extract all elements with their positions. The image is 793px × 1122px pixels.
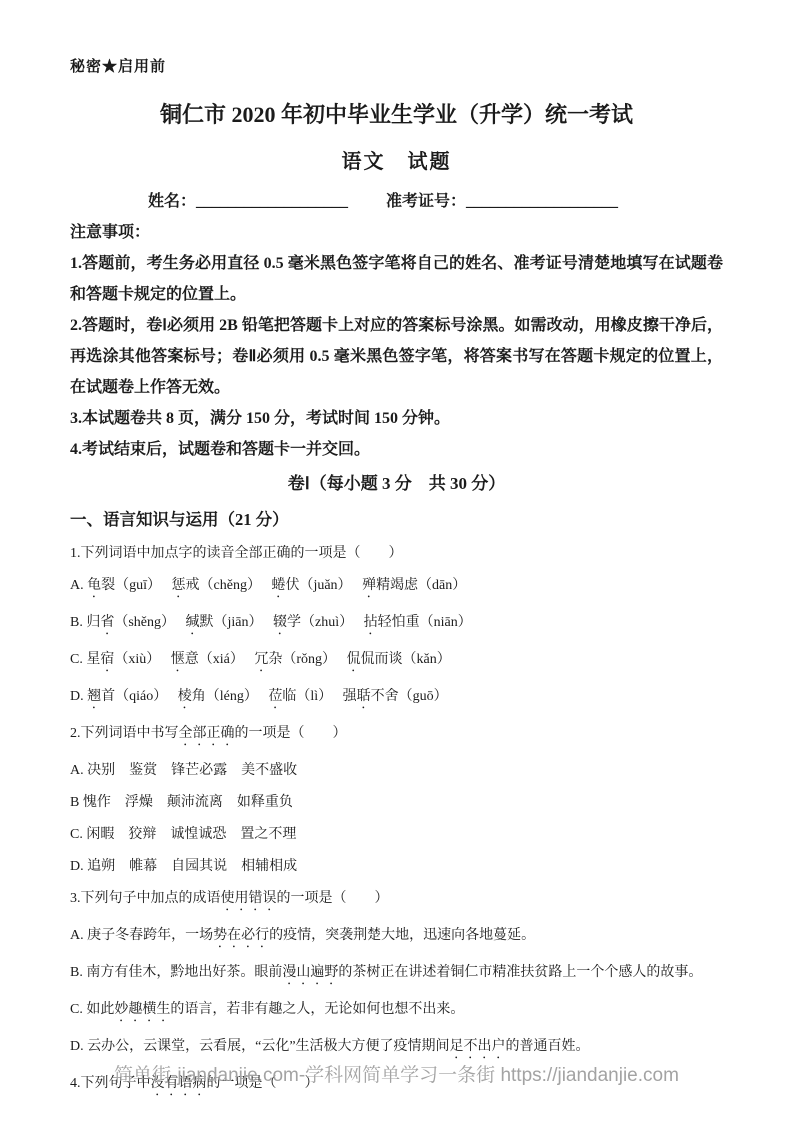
- notices-block: 注意事项： 1.答题前，考生务必用直径 0.5 毫米黑色签字笔将自己的姓名、准考…: [70, 217, 723, 465]
- question-3-option-b: B. 南方有佳木，黔地出好茶。眼前漫山遍野的茶树正在讲述着铜仁市精准扶贫路上一个…: [70, 963, 723, 988]
- classified-marking: 秘密★启用前: [70, 55, 723, 76]
- exam-subject-title: 语文 试题: [70, 145, 723, 174]
- notice-item-3: 3.本试题卷共 8 页，满分 150 分，考试时间 150 分钟。: [70, 403, 723, 434]
- name-field-blank: ___________________: [196, 193, 348, 210]
- question-2-option-a: A. 决别 鉴赏 锋芒必露 美不盛收: [70, 761, 723, 781]
- candidate-number-label: 准考证号：: [386, 193, 466, 210]
- question-2-option-d: D. 追朔 帷幕 自园其说 相辅相成: [70, 857, 723, 877]
- question-1-stem: 1.下列词语中加点字的读音全部正确的一项是（ ）: [70, 544, 723, 564]
- notice-item-4: 4.考试结束后，试题卷和答题卡一并交回。: [70, 434, 723, 465]
- notices-heading: 注意事项：: [70, 217, 723, 248]
- question-1-option-a: A. 龟裂（guī） 惩戒（chěng） 蜷伏（juǎn） 殚精竭虑（dān）: [70, 576, 723, 601]
- question-1-option-d: D. 翘首（qiáo） 棱角（léng） 莅临（lì） 强聒不舍（guō）: [70, 687, 723, 712]
- notice-item-1: 1.答题前，考生务必用直径 0.5 毫米黑色签字笔将自己的姓名、准考证号清楚地填…: [70, 248, 723, 310]
- section-one-heading: 一、语言知识与运用（21 分）: [70, 506, 723, 530]
- part-one-heading: 卷Ⅰ（每小题 3 分 共 30 分）: [70, 469, 723, 494]
- question-3-option-d: D. 云办公，云课堂，云看展，“云化”生活极大方便了疫情期间足不出户的普通百姓。: [70, 1037, 723, 1062]
- question-2-stem: 2.下列词语中书写全部正确的一项是（ ）: [70, 724, 723, 749]
- questions-block: 1.下列词语中加点字的读音全部正确的一项是（ ） A. 龟裂（guī） 惩戒（c…: [70, 544, 723, 1099]
- question-2-option-b: B 愧作 浮燥 颠沛流离 如释重负: [70, 793, 723, 813]
- question-3-option-c: C. 如此妙趣横生的语言，若非有趣之人，无论如何也想不出来。: [70, 1000, 723, 1025]
- question-2-option-c: C. 闲暇 狡辩 诚惶诚恐 置之不理: [70, 825, 723, 845]
- name-field-label: 姓名：: [148, 193, 196, 210]
- page-content: 秘密★启用前 铜仁市 2020 年初中毕业生学业（升学）统一考试 语文 试题 姓…: [0, 0, 793, 1099]
- notice-item-2: 2.答题时，卷Ⅰ必须用 2B 铅笔把答题卡上对应的答案标号涂黑。如需改动，用橡皮…: [70, 310, 723, 403]
- watermark-footer: 简单街-jiandanjie.com-学科网简单学习一条街 https://ji…: [0, 1060, 793, 1087]
- question-3-option-a: A. 庚子冬春跨年，一场势在必行的疫情，突袭荆楚大地，迅速向各地蔓延。: [70, 926, 723, 951]
- exam-title: 铜仁市 2020 年初中毕业生学业（升学）统一考试: [70, 98, 723, 129]
- candidate-info-row: 姓名：___________________准考证号：_____________…: [70, 188, 723, 211]
- question-3-stem: 3.下列句子中加点的成语使用错误的一项是（ ）: [70, 889, 723, 914]
- question-1-option-c: C. 星宿（xiù） 惬意（xiá） 冗杂（rǒng） 侃侃而谈（kǎn）: [70, 650, 723, 675]
- candidate-number-blank: ___________________: [466, 193, 618, 210]
- exam-paper-page: 秘密★启用前 铜仁市 2020 年初中毕业生学业（升学）统一考试 语文 试题 姓…: [0, 0, 793, 1122]
- question-1-option-b: B. 归省（shěng） 缄默（jiān） 辍学（zhuì） 拈轻怕重（niān…: [70, 613, 723, 638]
